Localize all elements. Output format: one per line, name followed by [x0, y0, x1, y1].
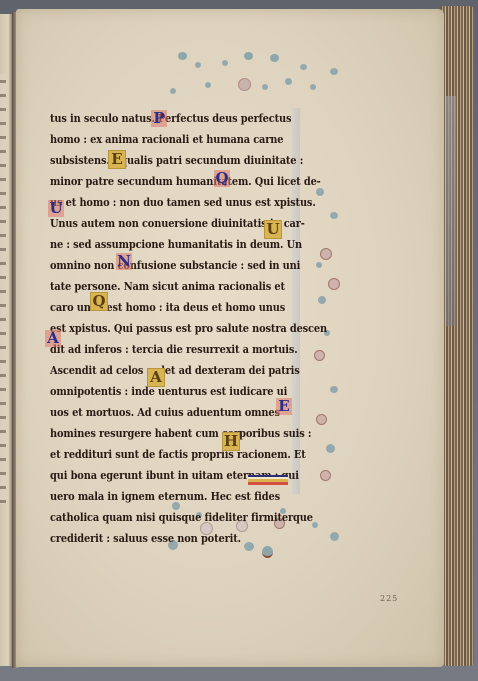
vine-leaf	[318, 296, 326, 304]
vine-leaf	[312, 522, 318, 528]
text-line: uero mala in ignem eternum. Hec est fide…	[50, 486, 262, 507]
vine-leaf	[205, 82, 211, 88]
text-line: tate persone. Nam sicut anima racionalis…	[50, 276, 262, 297]
initial-letter: N	[116, 253, 132, 270]
initial-letter: P	[151, 110, 167, 127]
vine-leaf	[326, 444, 335, 453]
vine-leaf	[262, 84, 268, 90]
vine-leaf	[222, 60, 228, 66]
initial-letter: U	[264, 220, 282, 239]
vine-leaf	[195, 62, 201, 68]
text-line: catholica quam nisi quisque fideliter fi…	[50, 507, 262, 528]
text-line: caro unus est homo : ita deus et homo un…	[50, 297, 262, 318]
initial-letter: H	[222, 432, 240, 451]
initial-letter: A	[45, 330, 61, 347]
vine-flower	[320, 248, 332, 260]
initial-letter: Q	[90, 292, 108, 311]
vine-flower	[320, 470, 331, 481]
vine-leaf	[310, 84, 316, 90]
vine-flower	[316, 414, 327, 425]
vine-flower	[238, 78, 251, 91]
text-line: homo : ex anima racionali et humana carn…	[50, 129, 262, 150]
vine-leaf	[300, 64, 307, 70]
initial-letter: A	[147, 368, 165, 387]
initial-letter: U	[48, 200, 64, 217]
text-line: dit ad inferos : tercia die resurrexit a…	[50, 339, 262, 360]
initial-letter: E	[276, 398, 292, 415]
text-line: us et homo : non duo tamen sed unus est …	[50, 192, 262, 213]
vine-leaf	[285, 78, 292, 85]
initial-letter: E	[108, 150, 126, 169]
vine-leaf	[178, 52, 187, 60]
line-filler-ornament	[248, 475, 288, 485]
vine-leaf	[330, 68, 338, 75]
text-line: crediderit : saluus esse non poterit.	[50, 528, 262, 549]
vine-leaf	[316, 262, 322, 268]
text-line: Unus autem non conuersione diuinitatis i…	[50, 213, 262, 234]
vine-leaf	[270, 54, 279, 62]
text-line: omnino non confusione substancie : sed i…	[50, 255, 262, 276]
vine-flower	[314, 350, 325, 361]
text-line: ne : sed assumpcione humanitatis in deum…	[50, 234, 262, 255]
initial-letter: Q	[214, 170, 230, 187]
vine-leaf	[330, 212, 338, 219]
vine-leaf	[330, 532, 339, 541]
vine-flower	[328, 278, 340, 290]
text-line: subsistens. Equalis patri secundum diuin…	[50, 150, 262, 171]
vine-leaf	[330, 386, 338, 393]
folio-number: 225	[380, 594, 398, 603]
vine-leaf	[316, 188, 324, 196]
text-line: est xpistus. Qui passus est pro salute n…	[50, 318, 262, 339]
text-line: qui bona egerunt ibunt in uitam eternam …	[50, 465, 262, 486]
vine-leaf	[170, 88, 176, 94]
text-line: uos et mortuos. Ad cuius aduentum omnes	[50, 402, 262, 423]
vine-leaf	[244, 52, 253, 60]
